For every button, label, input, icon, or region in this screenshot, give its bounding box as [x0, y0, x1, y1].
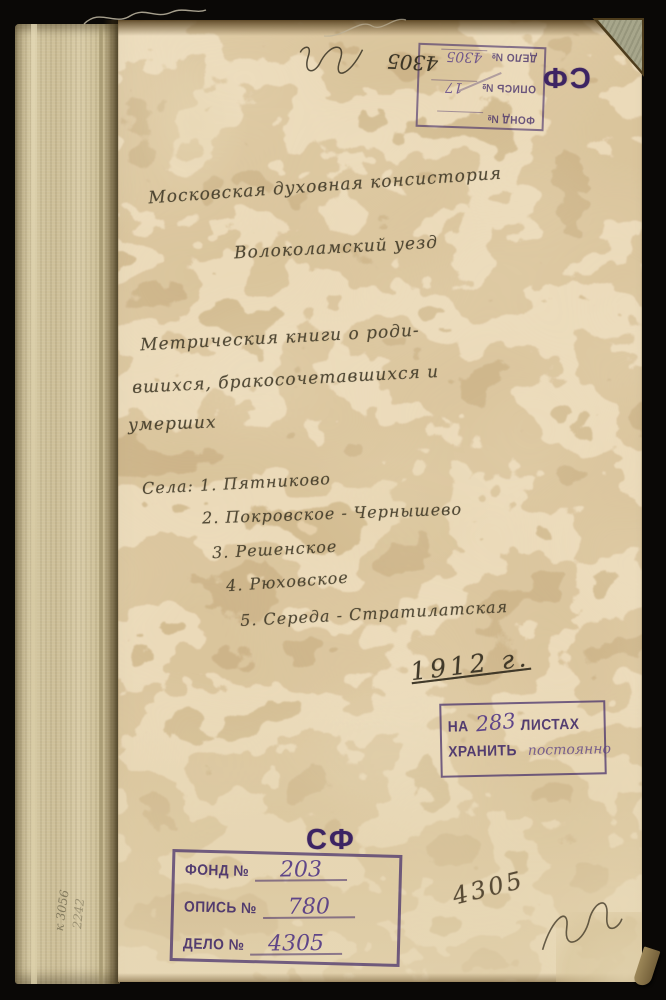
case-number-text: 4305	[386, 49, 438, 76]
fond-label: Фонд №	[185, 861, 250, 880]
metric-books-line-3: умерших	[128, 412, 217, 435]
delo-label: Дело №	[183, 935, 245, 954]
village-number: 4.	[225, 575, 244, 595]
archival-stamp-bottom: Фонд № 203 Опись № 780 Дело № 4305	[170, 849, 403, 967]
book-front-cover	[118, 20, 642, 982]
village-number: 3.	[212, 542, 230, 562]
sheets-prefix: На	[448, 718, 469, 735]
village-number: 2.	[202, 508, 220, 528]
keep-value: постоянно	[528, 741, 611, 759]
fond-value: 203	[255, 861, 347, 882]
loose-thread	[80, 4, 210, 30]
sheets-count-stamp: На 283 листах Хранить постоянно	[439, 700, 607, 777]
opis-value: 780	[263, 898, 355, 919]
signature-flourish	[297, 36, 369, 86]
village-number: 5.	[240, 610, 258, 630]
fond-value	[437, 110, 483, 113]
book-cover-photo: к 3056 2242	[0, 0, 666, 1000]
opis-label: Опись №	[481, 81, 536, 95]
sf-stamp-top: СФ	[541, 60, 591, 93]
village-list-label: Села:	[142, 476, 195, 498]
loose-thread	[320, 8, 410, 42]
spine-cover-seam	[103, 20, 119, 984]
village-number: 1.	[199, 475, 217, 495]
opis-label: Опись №	[184, 898, 257, 917]
spine-streak	[31, 24, 37, 984]
fond-label: Фонд №	[487, 112, 535, 126]
delo-label: Дело №	[491, 50, 537, 64]
delo-value: 4305	[441, 49, 487, 63]
marbled-paper-texture	[118, 20, 642, 982]
keep-label: Хранить	[448, 742, 517, 760]
delo-value: 4305	[250, 935, 342, 956]
sheets-suffix: листах	[520, 716, 579, 734]
sheets-value: 283	[474, 709, 516, 737]
